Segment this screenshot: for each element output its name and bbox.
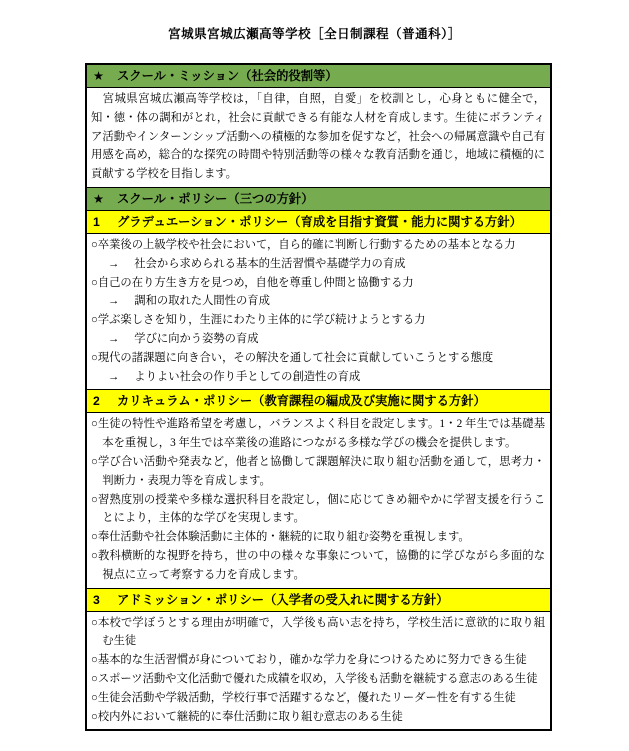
circle-bullet-icon: ○: [91, 531, 98, 543]
graduation-policy-header-row: 1グラデュエーション・ポリシー（育成を目指す資質・能力に関する方針）: [87, 211, 550, 234]
graduation-policy-title: グラデュエーション・ポリシー（育成を目指す資質・能力に関する方針）: [117, 215, 522, 229]
arrow-icon: →: [108, 330, 119, 349]
policy-item-text: 自己の在り方生き方を見つめ，自他を尊重し仲間と協働する力: [98, 277, 414, 289]
policy-item-text: 学ぶ楽しさを知り，生涯にわたり主体的に学び続けようとする力: [98, 314, 426, 326]
policy-item: ○奉仕活動や社会体験活動に主体的・継続的に取り組む姿勢を重視します。: [91, 528, 545, 547]
star-icon: ★: [93, 192, 106, 207]
policy-item: ○校内外において継続的に奉仕活動に取り組む意志のある生徒: [91, 708, 545, 727]
arrow-icon: →: [108, 255, 119, 274]
section-number: 2: [93, 394, 106, 409]
graduation-policy-body-row: ○卒業後の上級学校や社会において，自ら的確に判断し行動するための基本となる力 →…: [87, 234, 550, 390]
policy-item: ○生徒会活動や学級活動，学校行事で活躍するなど，優れたリーダー性を有する生徒: [91, 689, 545, 708]
policy-item: ○教科横断的な視野を持ち，世の中の様々な事象について，協働的に学びながら多面的な…: [91, 547, 545, 585]
policy-item-text: 基本的な生活習慣が身についており，確かな学力を身につけるために努力できる生徒: [98, 654, 527, 666]
circle-bullet-icon: ○: [91, 711, 98, 723]
circle-bullet-icon: ○: [91, 239, 98, 251]
policy-item: ○習熟度別の授業や多様な選択科目を設定し，個に応じてきめ細やかに学習支援を行うこ…: [91, 491, 545, 529]
circle-bullet-icon: ○: [91, 617, 98, 629]
policy-item-text: 現代の諸課題に向き合い，その解決を通して社会に貢献していこうとする態度: [98, 352, 493, 364]
circle-bullet-icon: ○: [91, 352, 98, 364]
mission-body-row: 宮城県宮城広瀬高等学校は，「自律，自照，自愛」を校訓とし，心身ともに健全で，知・…: [87, 88, 550, 188]
policy-item-text: 奉仕活動や社会体験活動に主体的・継続的に取り組む姿勢を重視します。: [98, 531, 470, 543]
policy-goal-text: よりよい社会の作り手としての創造性の育成: [134, 371, 360, 383]
circle-bullet-icon: ○: [91, 456, 98, 468]
circle-bullet-icon: ○: [91, 673, 98, 685]
policy-item: ○学び合い活動や発表など，他者と協働して課題解決に取り組む活動を通して，思考力・…: [91, 453, 545, 491]
policy-item-text: 習熟度別の授業や多様な選択科目を設定し，個に応じてきめ細やかに学習支援を行うこと…: [98, 494, 545, 525]
mission-header-label: スクール・ミッション（社会的役割等）: [117, 69, 338, 83]
mission-paragraph: 宮城県宮城広瀬高等学校は，「自律，自照，自愛」を校訓とし，心身ともに健全で，知・…: [91, 90, 545, 184]
star-icon: ★: [93, 69, 106, 84]
circle-bullet-icon: ○: [91, 654, 98, 666]
policy-item-text: 生徒会活動や学級活動，学校行事で活躍するなど，優れたリーダー性を有する生徒: [98, 692, 516, 704]
policy-item-text: 学び合い活動や発表など，他者と協働して課題解決に取り組む活動を通して，思考力・判…: [98, 456, 545, 487]
policy-goal: →学びに向かう姿勢の育成: [91, 330, 545, 349]
mission-header-row: ★スクール・ミッション（社会的役割等）: [87, 65, 550, 88]
policy-item-text: 教科横断的な視野を持ち，世の中の様々な事象について，協働的に学びながら多面的な視…: [98, 550, 545, 581]
policy-goal: →よりよい社会の作り手としての創造性の育成: [91, 368, 545, 387]
policy-item-text: スポーツ活動や文化活動で優れた成績を収め，入学後も活動を継続する意志のある生徒: [98, 673, 538, 685]
page-title: 宮城県宮城広瀬高等学校［全日制課程（普通科）］: [0, 24, 629, 42]
policy-item: ○生徒の特性や進路希望を考慮し，バランスよく科目を設定します。1・2 年生では基…: [91, 415, 545, 453]
policy-goal-text: 社会から求められる基本的生活習慣や基礎学力の育成: [134, 258, 405, 270]
circle-bullet-icon: ○: [91, 277, 98, 289]
curriculum-policy-title: カリキュラム・ポリシー（教育課程の編成及び実施に関する方針）: [117, 394, 486, 408]
circle-bullet-icon: ○: [91, 692, 98, 704]
circle-bullet-icon: ○: [91, 418, 98, 430]
circle-bullet-icon: ○: [91, 314, 98, 326]
policy-item: ○自己の在り方生き方を見つめ，自他を尊重し仲間と協働する力: [91, 274, 545, 293]
curriculum-policy-body-row: ○生徒の特性や進路希望を考慮し，バランスよく科目を設定します。1・2 年生では基…: [87, 413, 550, 588]
admission-policy-header-row: 3アドミッション・ポリシー（入学者の受入れに関する方針）: [87, 589, 550, 612]
school-policy-table: ★スクール・ミッション（社会的役割等） 宮城県宮城広瀬高等学校は，「自律，自照，…: [85, 63, 552, 731]
section-number: 1: [93, 215, 106, 230]
policy-header-label: スクール・ポリシー（三つの方針）: [117, 192, 314, 206]
policy-item-text: 卒業後の上級学校や社会において，自ら的確に判断し行動するための基本となる力: [98, 239, 516, 251]
policy-goal-text: 学びに向かう姿勢の育成: [134, 333, 258, 345]
policy-item: ○卒業後の上級学校や社会において，自ら的確に判断し行動するための基本となる力: [91, 236, 545, 255]
circle-bullet-icon: ○: [91, 550, 98, 562]
section-number: 3: [93, 593, 106, 608]
policy-header-row: ★スクール・ポリシー（三つの方針）: [87, 188, 550, 211]
arrow-icon: →: [108, 292, 119, 311]
policy-item: ○学ぶ楽しさを知り，生涯にわたり主体的に学び続けようとする力: [91, 311, 545, 330]
policy-item: ○本校で学ぼうとする理由が明確で，入学後も高い志を持ち，学校生活に意欲的に取り組…: [91, 614, 545, 652]
circle-bullet-icon: ○: [91, 494, 98, 506]
arrow-icon: →: [108, 368, 119, 387]
admission-policy-body-row: ○本校で学ぼうとする理由が明確で，入学後も高い志を持ち，学校生活に意欲的に取り組…: [87, 612, 550, 730]
policy-item-text: 生徒の特性や進路希望を考慮し，バランスよく科目を設定します。1・2 年生では基礎…: [98, 418, 545, 449]
policy-item: ○スポーツ活動や文化活動で優れた成績を収め，入学後も活動を継続する意志のある生徒: [91, 670, 545, 689]
policy-item: ○現代の諸課題に向き合い，その解決を通して社会に貢献していこうとする態度: [91, 349, 545, 368]
policy-item-text: 本校で学ぼうとする理由が明確で，入学後も高い志を持ち，学校生活に意欲的に取り組む…: [98, 617, 545, 648]
curriculum-policy-header-row: 2カリキュラム・ポリシー（教育課程の編成及び実施に関する方針）: [87, 390, 550, 413]
admission-policy-title: アドミッション・ポリシー（入学者の受入れに関する方針）: [117, 593, 449, 607]
policy-goal-text: 調和の取れた人間性の育成: [134, 295, 270, 307]
policy-goal: →調和の取れた人間性の育成: [91, 292, 545, 311]
policy-item-text: 校内外において継続的に奉仕活動に取り組む意志のある生徒: [98, 711, 403, 723]
policy-goal: →社会から求められる基本的生活習慣や基礎学力の育成: [91, 255, 545, 274]
policy-item: ○基本的な生活習慣が身についており，確かな学力を身につけるために努力できる生徒: [91, 651, 545, 670]
